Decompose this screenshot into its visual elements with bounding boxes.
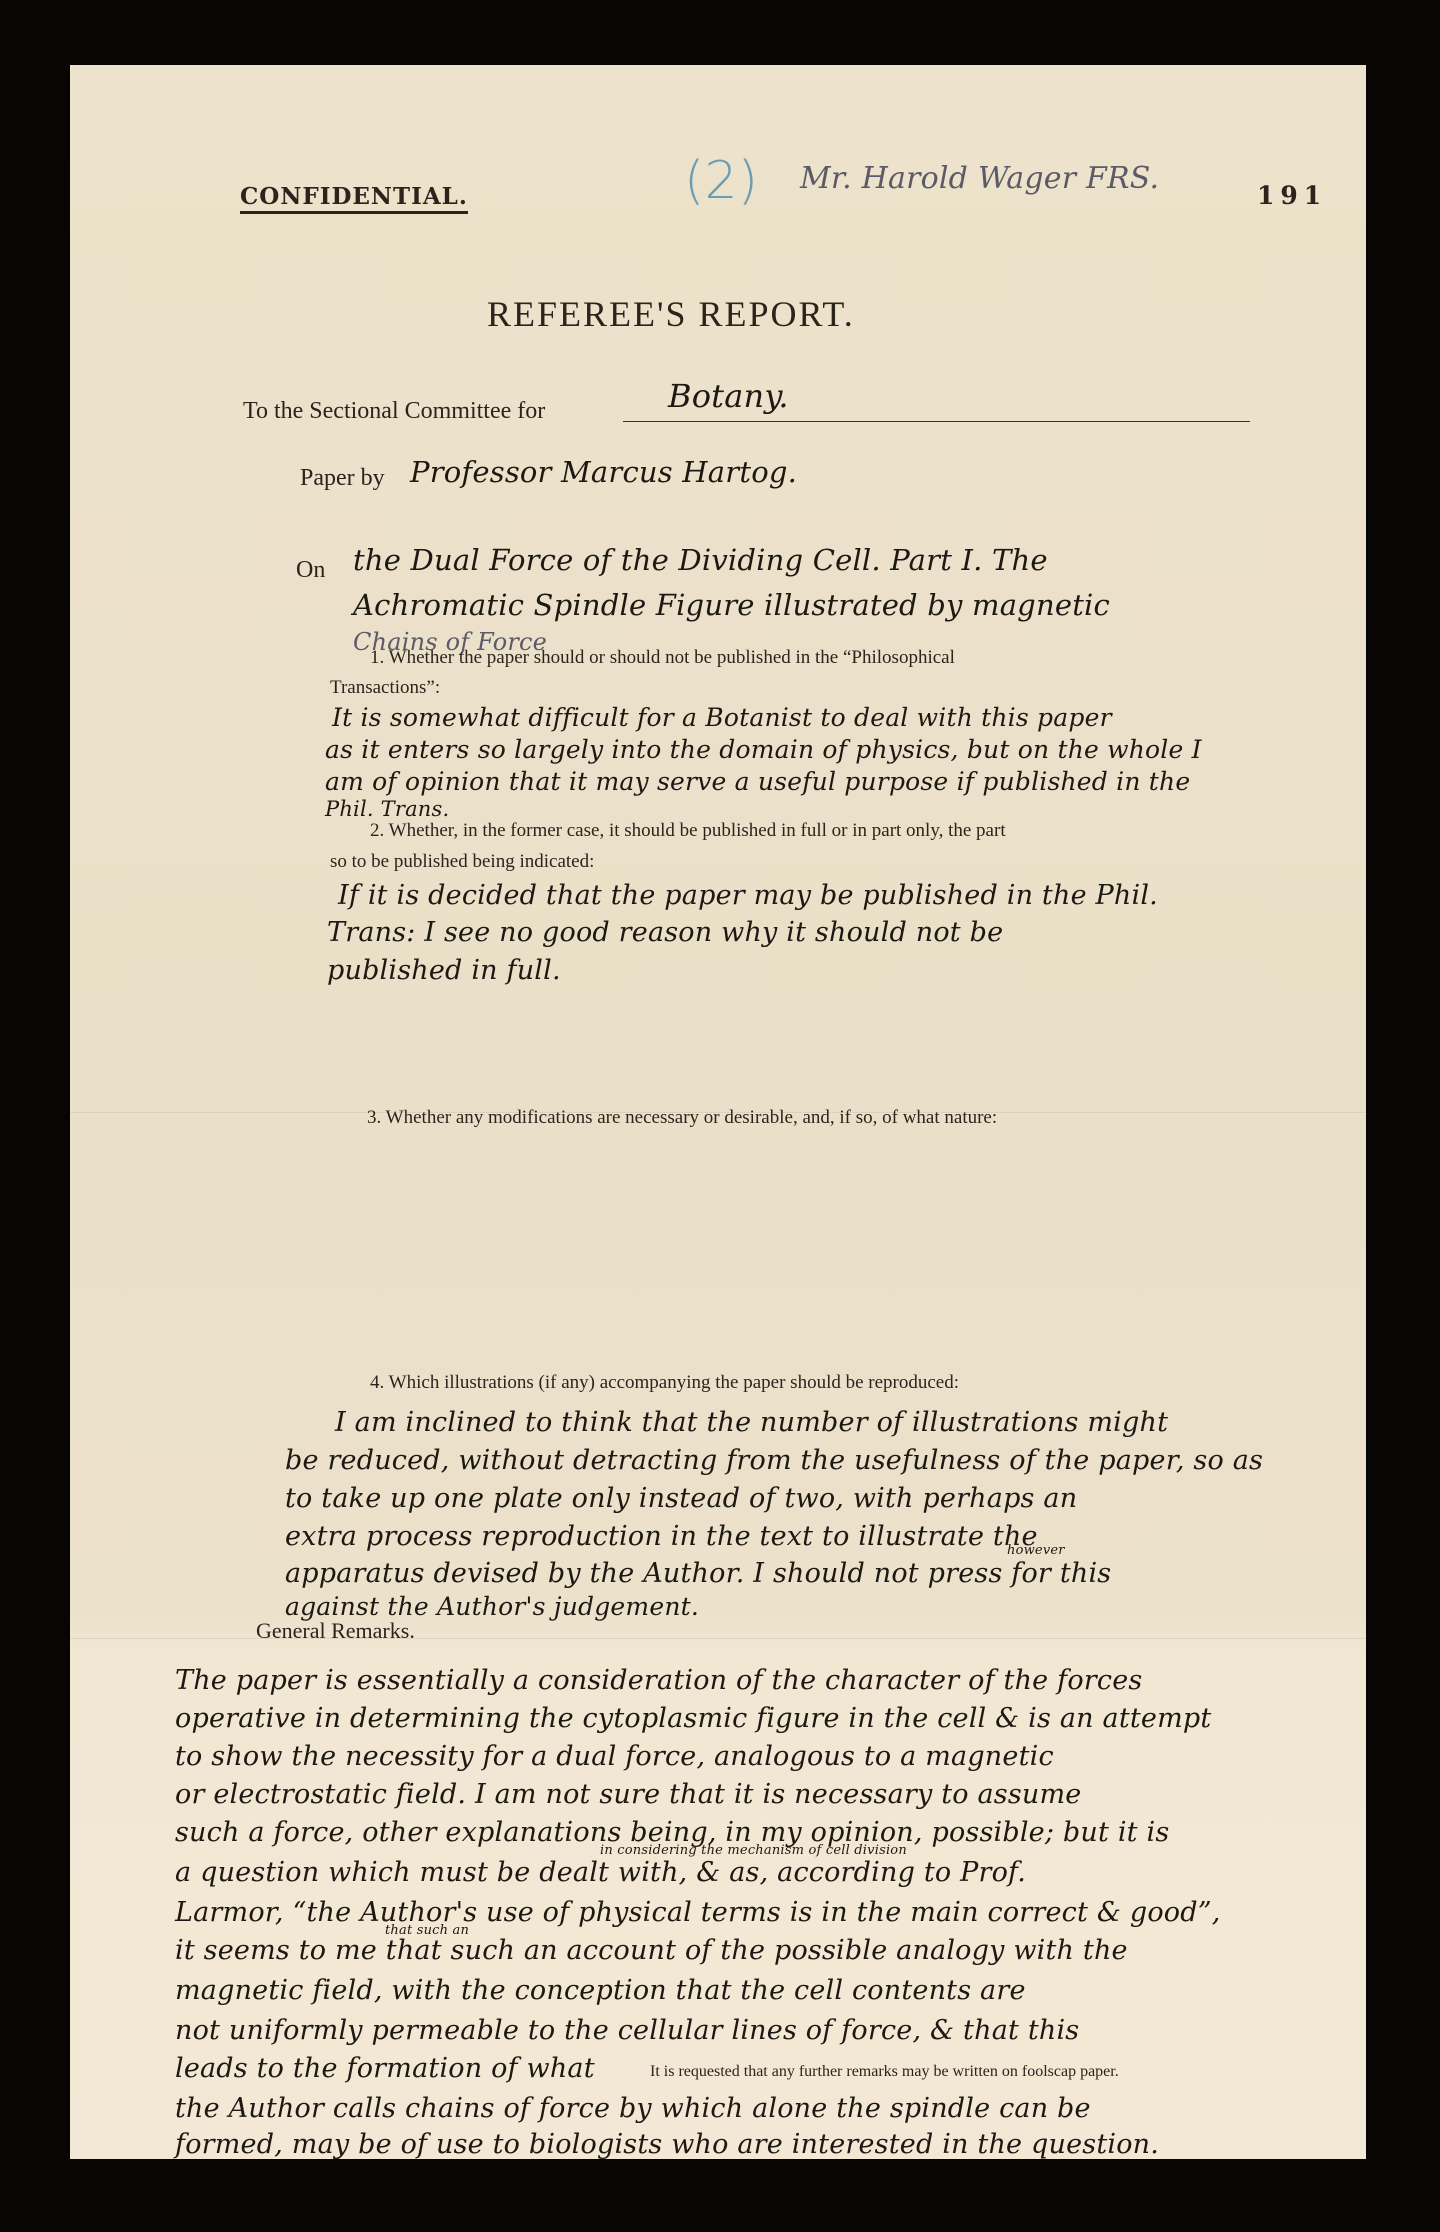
remarks-line: or electrostatic field. I am not sure th… <box>175 1779 1081 1810</box>
archive-mark: (2) <box>684 151 758 211</box>
remarks-line: it seems to me that such an account of t… <box>175 1935 1128 1966</box>
answer-line: as it enters so largely into the domain … <box>325 735 1202 764</box>
answer-line: It is somewhat difficult for a Botanist … <box>332 703 1112 732</box>
paper-by-value: Professor Marcus Hartog. <box>410 455 797 489</box>
interlinear-insertion: in considering the mechanism of cell div… <box>600 1843 907 1858</box>
question-text: Whether, in the former case, it should b… <box>389 820 1006 841</box>
remarks-line: formed, may be of use to biologists who … <box>175 2129 1159 2160</box>
remarks-line: The paper is essentially a consideration… <box>175 1665 1142 1696</box>
remarks-line: Larmor, “the Author's use of physical te… <box>175 1897 1221 1928</box>
answer-line: I am inclined to think that the number o… <box>335 1407 1168 1438</box>
confidential-label: CONFIDENTIAL. <box>240 183 468 214</box>
sectional-committee-value: Botany. <box>668 377 789 415</box>
answer-line: Trans: I see no good reason why it shoul… <box>327 917 1003 948</box>
answer-line: If it is decided that the paper may be p… <box>338 880 1158 911</box>
on-label: On <box>296 557 325 584</box>
remarks-line: operative in determining the cytoplasmic… <box>175 1703 1211 1734</box>
answer-line: Phil. Trans. <box>325 797 449 821</box>
question-4: 4. Which illustrations (if any) accompan… <box>370 1372 959 1394</box>
remarks-line: not uniformly permeable to the cellular … <box>175 2015 1079 2046</box>
remarks-line: leads to the formation of what <box>175 2053 595 2084</box>
page-title: REFEREE'S REPORT. <box>487 293 855 335</box>
referee-name: Mr. Harold Wager FRS. <box>800 161 1159 196</box>
remarks-line: a question which must be dealt with, & a… <box>175 1857 1026 1888</box>
question-number: 2. <box>370 820 384 841</box>
foolscap-note: It is requested that any further remarks… <box>650 2063 1119 2081</box>
paper-title-line: the Dual Force of the Dividing Cell. Par… <box>353 543 1048 577</box>
question-2: 2. Whether, in the former case, it shoul… <box>370 820 1006 842</box>
answer-line: be reduced, without detracting from the … <box>285 1445 1263 1476</box>
general-remarks-label: General Remarks. <box>256 1618 415 1644</box>
page-number: 191 <box>1257 181 1327 210</box>
referee-report-sheet: CONFIDENTIAL. (2) Mr. Harold Wager FRS. … <box>70 65 1366 2159</box>
question-text: Whether the paper should or should not b… <box>389 647 955 668</box>
interlinear-insertion: however <box>1007 1543 1065 1558</box>
fill-line <box>623 421 1250 422</box>
answer-line: apparatus devised by the Author. I shoul… <box>285 1558 1111 1589</box>
remarks-line: to show the necessity for a dual force, … <box>175 1741 1054 1772</box>
question-number: 3. <box>367 1107 381 1128</box>
question-text: Transactions”: <box>330 677 440 699</box>
question-number: 1. <box>370 647 384 668</box>
question-text: Which illustrations (if any) accompanyin… <box>389 1372 959 1393</box>
remarks-line: magnetic field, with the conception that… <box>175 1975 1026 2006</box>
remarks-line: the Author calls chains of force by whic… <box>175 2093 1091 2124</box>
question-3: 3. Whether any modifications are necessa… <box>367 1107 997 1129</box>
question-1: 1. Whether the paper should or should no… <box>370 647 955 669</box>
sectional-committee-label: To the Sectional Committee for <box>243 398 545 425</box>
paper-title-line: Achromatic Spindle Figure illustrated by… <box>353 588 1110 622</box>
answer-line: am of opinion that it may serve a useful… <box>325 767 1190 796</box>
question-number: 4. <box>370 1372 384 1393</box>
question-text: so to be published being indicated: <box>330 851 594 873</box>
answer-line: against the Author's judgement. <box>285 1592 699 1621</box>
answer-line: to take up one plate only instead of two… <box>285 1483 1077 1514</box>
answer-line: extra process reproduction in the text t… <box>285 1521 1038 1552</box>
question-text: Whether any modifications are necessary … <box>386 1107 997 1128</box>
answer-line: published in full. <box>327 955 561 986</box>
paper-by-label: Paper by <box>300 465 385 492</box>
